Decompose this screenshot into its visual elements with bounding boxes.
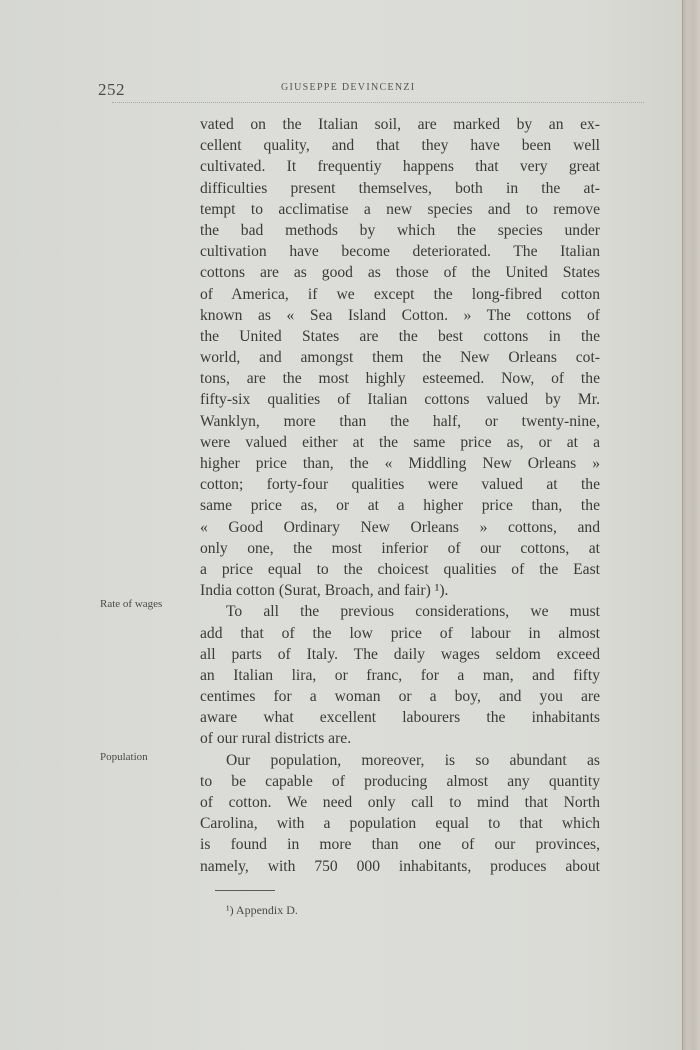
text-line: all parts of Italy. The daily wages seld… [200, 644, 600, 665]
text-line: a price equal to the choicest qualities … [200, 559, 600, 580]
text-line: the United States are the best cottons i… [200, 326, 600, 347]
text-line: only one, the most inferior of our cotto… [200, 538, 600, 559]
header-rule [112, 102, 644, 103]
text-line: is found in more than one of our provinc… [200, 834, 600, 855]
text-line-paragraph-start: Our population, moreover, is so abundant… [200, 750, 600, 771]
text-line: centimes for a woman or a boy, and you a… [200, 686, 600, 707]
text-line: cellent quality, and that they have been… [200, 135, 600, 156]
text-line: difficulties present themselves, both in… [200, 178, 600, 199]
book-page: 252 GIUSEPPE DEVINCENZI vated on the Ita… [0, 0, 682, 1050]
text-line-paragraph-start: To all the previous considerations, we m… [200, 601, 600, 622]
text-line: vated on the Italian soil, are marked by… [200, 114, 600, 135]
text-line: cultivation have become deteriorated. Th… [200, 241, 600, 262]
text-line: Carolina, with a population equal to tha… [200, 813, 600, 834]
footnote-rule [215, 890, 275, 891]
text-line: cotton; forty-four qualities were valued… [200, 474, 600, 495]
margin-note-population: Population [100, 751, 148, 763]
text-line: known as « Sea Island Cotton. » The cott… [200, 305, 600, 326]
text-line: the bad methods by which the species und… [200, 220, 600, 241]
text-line: of cotton. We need only call to mind tha… [200, 792, 600, 813]
text-line: an Italian lira, or franc, for a man, an… [200, 665, 600, 686]
text-line: were valued either at the same price as,… [200, 432, 600, 453]
text-line: aware what excellent labourers the inhab… [200, 707, 600, 728]
running-head: GIUSEPPE DEVINCENZI [281, 82, 415, 93]
margin-note-rate-of-wages: Rate of wages [100, 598, 162, 610]
page-number: 252 [98, 80, 125, 100]
text-line: world, and amongst them the New Orleans … [200, 347, 600, 368]
footnote: ¹) Appendix D. [226, 903, 298, 918]
text-line: add that of the low price of labour in a… [200, 623, 600, 644]
text-line-paragraph-end: of our rural districts are. [200, 728, 600, 749]
text-line: namely, with 750 000 inhabitants, produc… [200, 856, 600, 877]
text-line: tempt to acclimatise a new species and t… [200, 199, 600, 220]
text-line: fifty-six qualities of Italian cottons v… [200, 389, 600, 410]
text-line: cottons are as good as those of the Unit… [200, 262, 600, 283]
text-line: « Good Ordinary New Orleans » cottons, a… [200, 517, 600, 538]
text-line: of America, if we except the long-fibred… [200, 284, 600, 305]
page-header: 252 GIUSEPPE DEVINCENZI [98, 80, 638, 102]
text-line: Wanklyn, more than the half, or twenty-n… [200, 411, 600, 432]
page-edge-stack [682, 0, 700, 1050]
text-line: same price as, or at a higher price than… [200, 495, 600, 516]
text-line: cultivated. It frequentiy happens that v… [200, 156, 600, 177]
text-line: higher price than, the « Middling New Or… [200, 453, 600, 474]
text-line: tons, are the most highly esteemed. Now,… [200, 368, 600, 389]
text-line-paragraph-end: India cotton (Surat, Broach, and fair) ¹… [200, 580, 600, 601]
body-text: vated on the Italian soil, are marked by… [200, 114, 600, 877]
text-line: to be capable of producing almost any qu… [200, 771, 600, 792]
